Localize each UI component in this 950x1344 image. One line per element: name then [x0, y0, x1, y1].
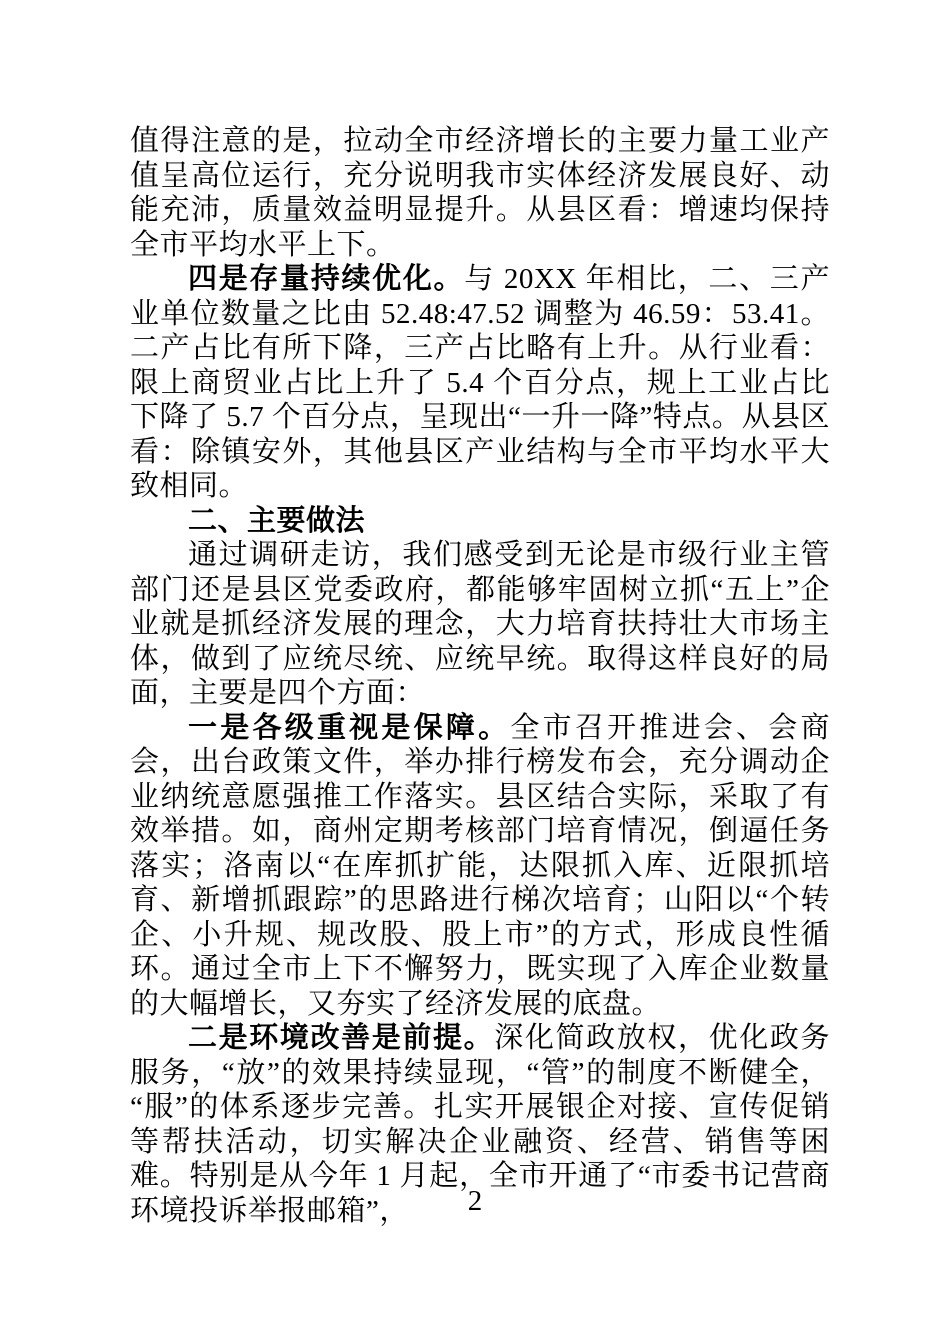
- section-heading-text: 二、主要做法: [188, 505, 365, 537]
- paragraph: 通过调研走访，我们感受到无论是市级行业主管部门还是县区党委政府，都能够牢固树立抓…: [130, 538, 830, 711]
- paragraph-text: 值得注意的是，拉动全市经济增长的主要力量工业产值呈高位运行，充分说明我市实体经济…: [130, 125, 830, 261]
- paragraph-text: 与 20XX 年相比，二、三产业单位数量之比由 52.48:47.52 调整为 …: [130, 263, 830, 502]
- paragraph-text: 全市召开推进会、会商会，出台政策文件，举办排行榜发布会，充分调动企业纳统意愿强推…: [130, 712, 830, 1020]
- document-page: 值得注意的是，拉动全市经济增长的主要力量工业产值呈高位运行，充分说明我市实体经济…: [0, 0, 950, 1344]
- paragraph-text: 通过调研走访，我们感受到无论是市级行业主管部门还是县区党委政府，都能够牢固树立抓…: [130, 539, 830, 709]
- paragraph: 值得注意的是，拉动全市经济增长的主要力量工业产值呈高位运行，充分说明我市实体经济…: [130, 124, 830, 262]
- page-number: 2: [0, 1184, 950, 1218]
- paragraph-bold-lead: 一是各级重视是保障。: [188, 712, 510, 744]
- section-heading: 二、主要做法: [130, 504, 830, 539]
- document-body: 值得注意的是，拉动全市经济增长的主要力量工业产值呈高位运行，充分说明我市实体经济…: [130, 124, 830, 1228]
- paragraph-bold-lead: 四是存量持续优化。: [188, 263, 464, 295]
- paragraph-bold-lead: 二是环境改善是前提。: [188, 1022, 494, 1054]
- paragraph: 四是存量持续优化。与 20XX 年相比，二、三产业单位数量之比由 52.48:4…: [130, 262, 830, 504]
- paragraph: 一是各级重视是保障。全市召开推进会、会商会，出台政策文件，举办排行榜发布会，充分…: [130, 711, 830, 1022]
